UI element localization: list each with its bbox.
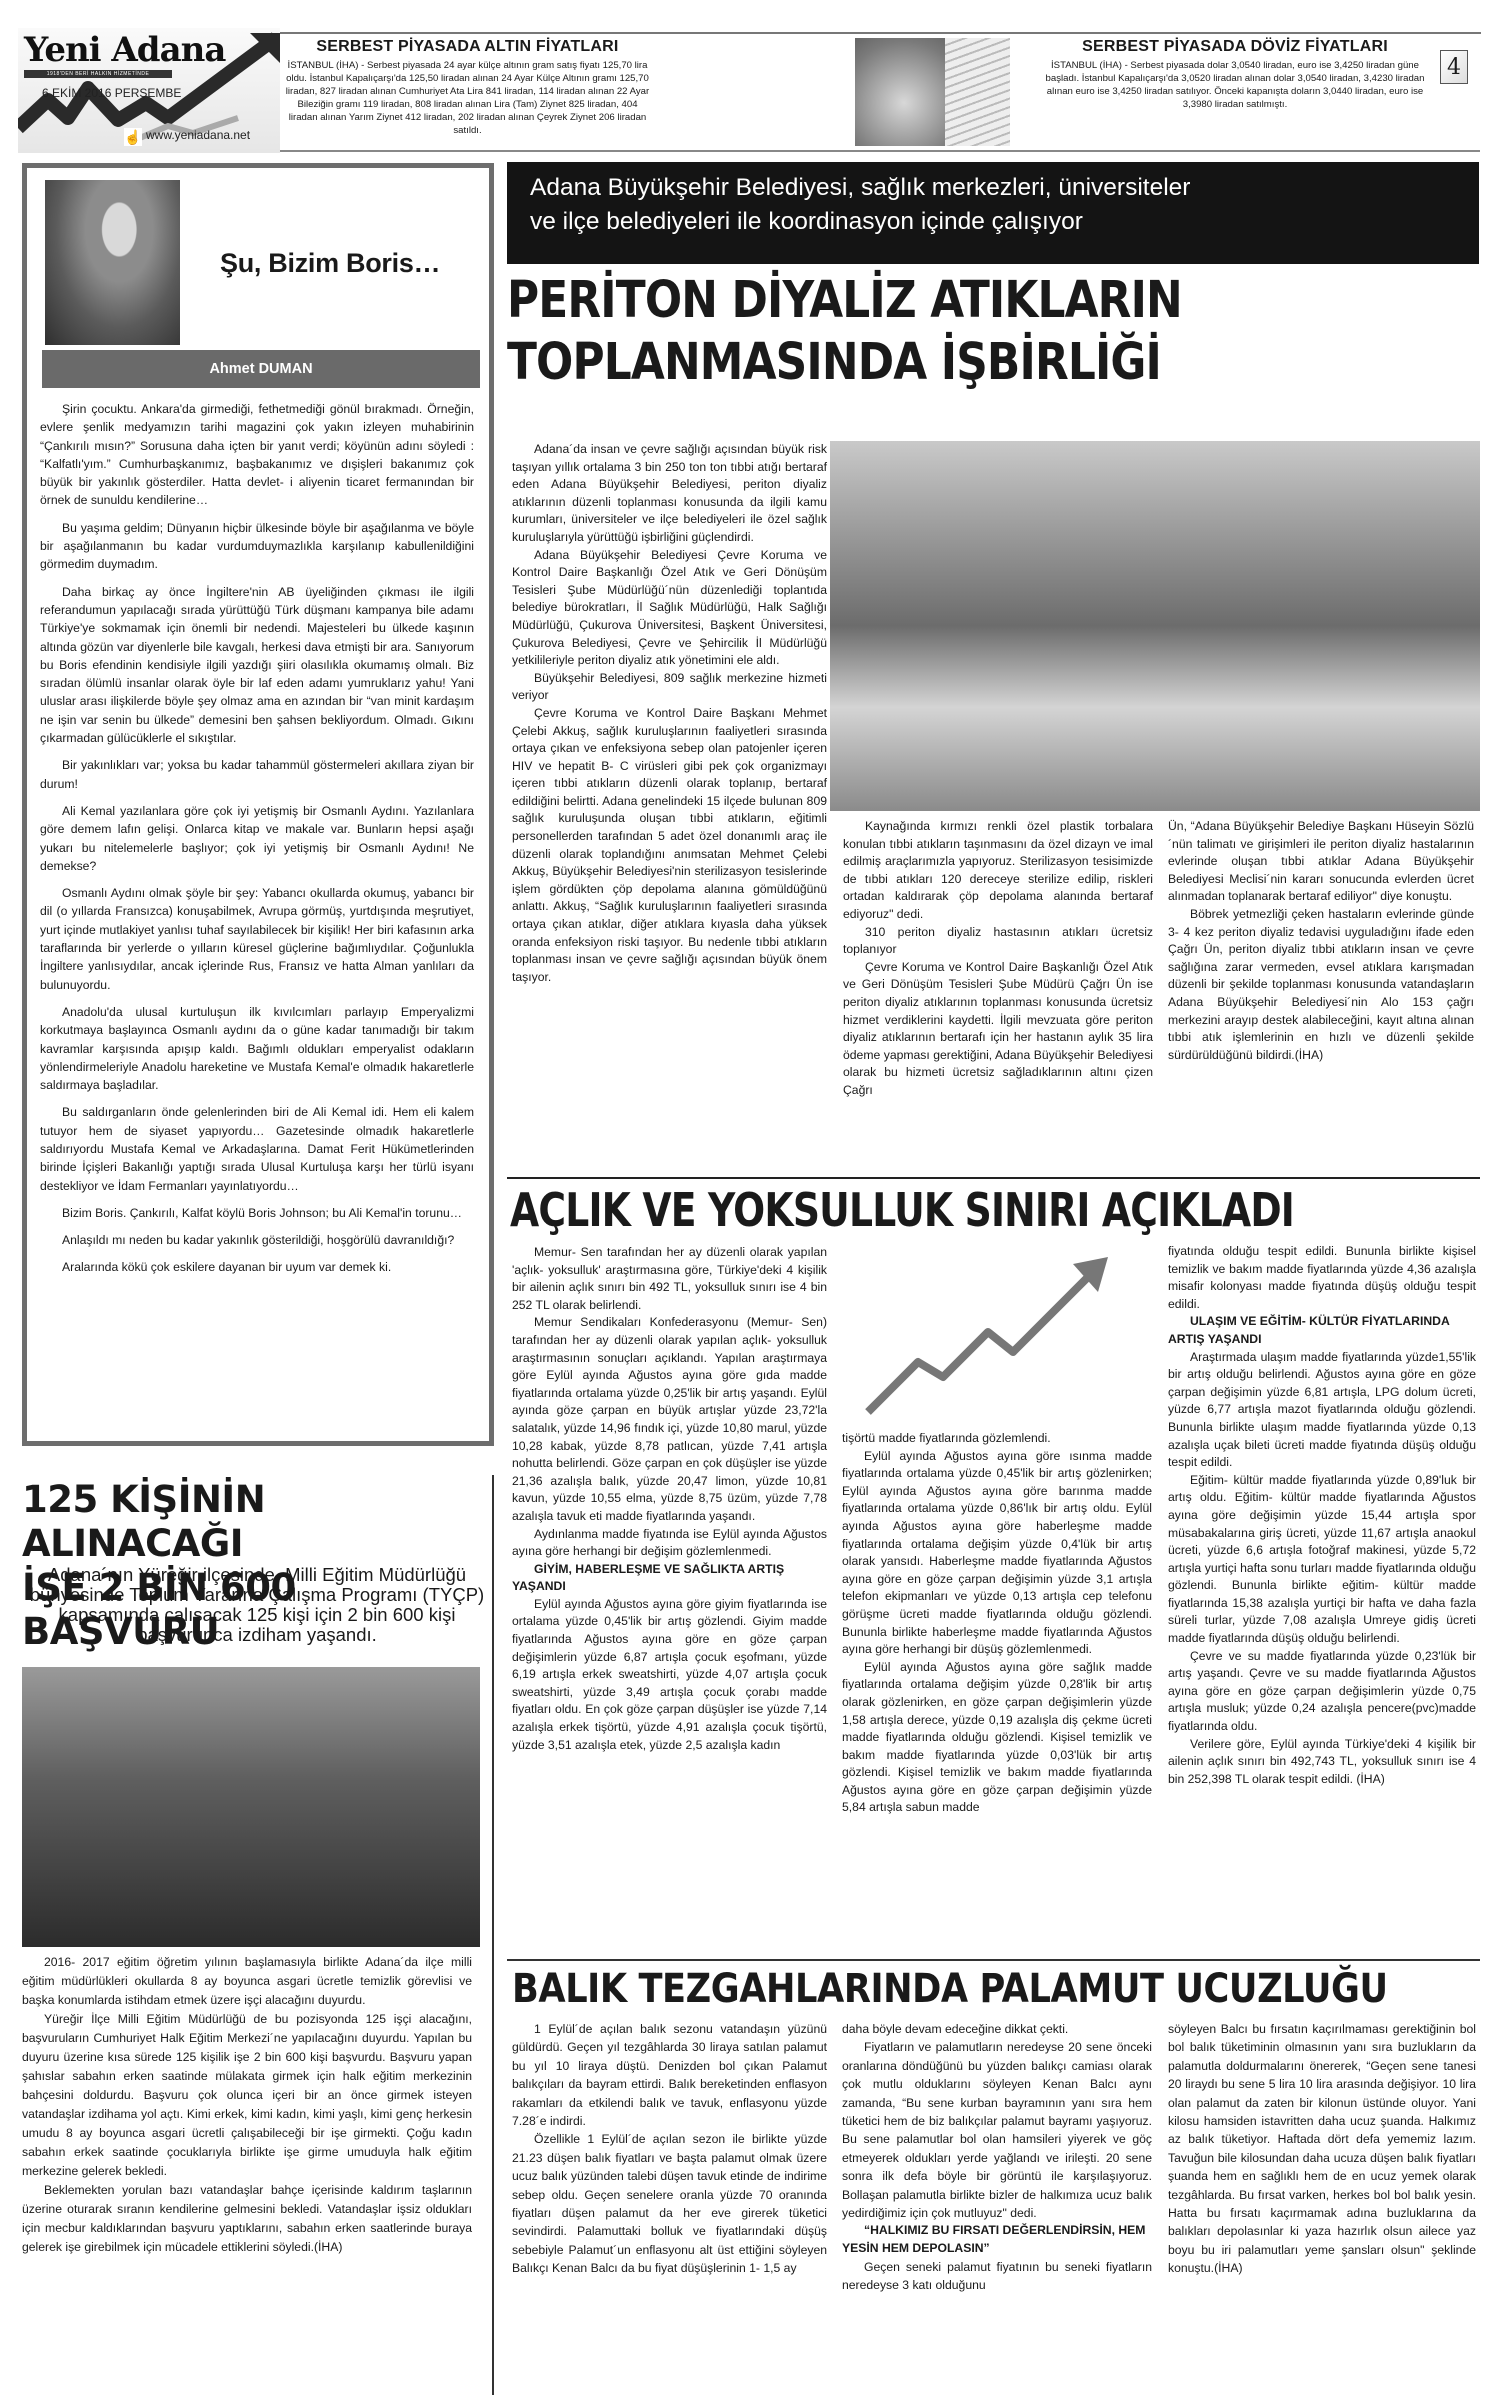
banner-line2: ve ilçe belediyeleri ile koordinasyon iç… (530, 205, 1479, 239)
poverty-paragraph: Eylül ayında Ağustos ayına göre sağlık m… (842, 1659, 1152, 1817)
poverty-paragraph: Verilere göre, Eylül ayında Türkiye'deki… (1168, 1736, 1476, 1789)
hand-pointer-icon: ☝ (124, 128, 142, 146)
poverty-paragraph: Memur Sendikaları Konfederasyonu (Memur-… (512, 1314, 827, 1525)
poverty-col2: tişörtü madde fiyatlarında gözlemlendi. … (842, 1430, 1152, 1817)
main-subheading: Büyükşehir Belediyesi, 809 sağlık merkez… (512, 670, 827, 705)
jobs-paragraph: Beklemekten yorulan bazı vatandaşlar bah… (22, 2181, 472, 2257)
column-paragraph: Bu yaşıma geldim; Dünyanın hiçbir ülkesi… (40, 519, 474, 574)
column-divider (492, 1475, 494, 2395)
main-story-col3: Ün, “Adana Büyükşehir Belediye Başkanı H… (1168, 818, 1474, 1064)
main-paragraph: Böbrek yetmezliği çeken hastaların evler… (1168, 906, 1474, 1064)
poverty-subheading: ULAŞIM VE EĞİTİM- KÜLTÜR FİYATLARINDA AR… (1168, 1313, 1476, 1348)
main-subheading: 310 periton diyaliz hastasının atıkları … (843, 924, 1153, 959)
columnist-photo (45, 180, 180, 345)
poverty-headline: AÇLIK VE YOKSULLUK SINIRI AÇIKLADI (510, 1185, 1294, 1235)
fish-col3: söyleyen Balcı bu fırsatın kaçırılmaması… (1168, 2020, 1476, 2278)
column-paragraph: Anadolu'da ulusal kurtuluşun ilk kıvılcı… (40, 1003, 474, 1094)
gold-prices-title: SERBEST PİYASADA ALTIN FİYATLARI (285, 38, 650, 56)
forex-prices-text: İSTANBUL (İHA) - Serbest piyasada dolar … (1035, 59, 1435, 111)
main-paragraph: Çevre Koruma ve Kontrol Daire Başkanlığı… (843, 959, 1153, 1100)
main-story-col2: Kaynağında kırmızı renkli özel plastik t… (843, 818, 1153, 1100)
column-paragraph: Bir yakınlıkları var; yoksa bu kadar tah… (40, 756, 474, 793)
poverty-subheading: GİYİM, HABERLEŞME VE SAĞLIKTA ARTIŞ YAŞA… (512, 1561, 827, 1596)
column-paragraph: Daha birkaç ay önce İngiltere'nin AB üye… (40, 583, 474, 748)
poverty-paragraph: Araştırmada ulaşım madde fiyatlarında yü… (1168, 1349, 1476, 1472)
gold-prices-text: İSTANBUL (İHA) - Serbest piyasada 24 aya… (285, 59, 650, 137)
column-body: Şirin çocuktu. Ankara'da girmediği, feth… (40, 400, 474, 1286)
column-author: Ahmet DUMAN (42, 350, 480, 388)
column-paragraph: Bizim Boris. Çankırılı, Kalfat köylü Bor… (40, 1204, 474, 1222)
newspaper-logo: Yeni Adana 1918'DEN BERİ HALKIN HİZMETİN… (18, 28, 280, 153)
forex-prices-box: SERBEST PİYASADA DÖVİZ FİYATLARI İSTANBU… (1035, 38, 1435, 148)
jobs-paragraph: 2016- 2017 eğitim öğretim yılının başlam… (22, 1953, 472, 2010)
fish-paragraph: daha böyle devam edeceğine dikkat çekti. (842, 2020, 1152, 2038)
column-paragraph: Ali Kemal yazılanlara göre çok iyi yetiş… (40, 802, 474, 875)
main-headline-line1: PERİTON DİYALİZ ATIKLARIN (507, 270, 1479, 332)
main-paragraph: Adana´da insan ve çevre sağlığı açısında… (512, 441, 827, 547)
gold-prices-box: SERBEST PİYASADA ALTIN FİYATLARI İSTANBU… (285, 38, 650, 148)
page-number-icon: 4 (1440, 50, 1468, 84)
forex-prices-title: SERBEST PİYASADA DÖVİZ FİYATLARI (1035, 38, 1435, 56)
fish-headline: BALIK TEZGAHLARINDA PALAMUT UCUZLUĞU (512, 1965, 1388, 2013)
poverty-paragraph: Memur- Sen tarafından her ay düzenli ola… (512, 1244, 827, 1314)
fish-subheading: “HALKIMIZ BU FIRSATI DEĞERLENDİRSİN, HEM… (842, 2222, 1152, 2257)
fish-paragraph: 1 Eylül´de açılan balık sezonu vatandaşı… (512, 2020, 827, 2130)
poverty-paragraph: Aydınlanma madde fiyatında ise Eylül ayı… (512, 1526, 827, 1561)
column-paragraph: Osmanlı Aydını olmak şöyle bir şey: Yaba… (40, 884, 474, 994)
issue-date: 6 EKİM 2016 PERŞEMBE (42, 86, 181, 100)
poverty-paragraph: Eylül ayında Ağustos ayına göre giyim fi… (512, 1596, 827, 1754)
poverty-paragraph: Eğitim- kültür madde fiyatlarında yüzde … (1168, 1472, 1476, 1648)
main-headline: PERİTON DİYALİZ ATIKLARIN TOPLANMASINDA … (507, 270, 1479, 394)
jobs-crowd-photo (22, 1667, 480, 1947)
poverty-paragraph: Eylül ayında Ağustos ayına göre ısınma m… (842, 1448, 1152, 1659)
column-title: Şu, Bizim Boris… (220, 248, 440, 279)
poverty-col1: Memur- Sen tarafından her ay düzenli ola… (512, 1244, 827, 1754)
jobs-headline-line1: 125 KİŞİNİN ALINACAĞI (22, 1478, 492, 1566)
meeting-group-photo (830, 441, 1480, 811)
main-paragraph: Çevre Koruma ve Kontrol Daire Başkanı Me… (512, 705, 827, 987)
main-paragraph: Adana Büyükşehir Belediyesi Çevre Koruma… (512, 547, 827, 670)
main-story-col1: Adana´da insan ve çevre sağlığı açısında… (512, 441, 827, 986)
fish-col2: daha böyle devam edeceğine dikkat çekti.… (842, 2020, 1152, 2294)
poverty-paragraph: Çevre ve su madde fiyatlarında yüzde 0,2… (1168, 1648, 1476, 1736)
section-divider (507, 1177, 1480, 1179)
fish-paragraph: söyleyen Balcı bu fırsatın kaçırılmaması… (1168, 2020, 1476, 2278)
banner-line1: Adana Büyükşehir Belediyesi, sağlık merk… (530, 171, 1479, 205)
fish-paragraph: Geçen seneki palamut fiyatının bu seneki… (842, 2258, 1152, 2295)
main-paragraph: Ün, “Adana Büyükşehir Belediye Başkanı H… (1168, 818, 1474, 906)
jobs-deck: Adana´nın Yüreğir ilçesinde, Milli Eğiti… (22, 1565, 492, 1645)
website-link[interactable]: www.yeniadana.net (146, 128, 250, 142)
logo-tagline: 1918'DEN BERİ HALKIN HİZMETİNDE (24, 70, 172, 78)
poverty-col3: fiyatında olduğu tespit edildi. Bununla … (1168, 1243, 1476, 1788)
column-paragraph: Şirin çocuktu. Ankara'da girmediği, feth… (40, 400, 474, 510)
fish-paragraph: Özellikle 1 Eylül´de açılan sezon ile bi… (512, 2130, 827, 2277)
main-headline-line2: TOPLANMASINDA İŞBİRLİĞİ (507, 332, 1479, 394)
jobs-body: 2016- 2017 eğitim öğretim yılının başlam… (22, 1953, 472, 2257)
fish-col1: 1 Eylül´de açılan balık sezonu vatandaşı… (512, 2020, 827, 2278)
main-story-banner: Adana Büyükşehir Belediyesi, sağlık merk… (507, 162, 1479, 264)
fish-paragraph: Fiyatların ve palamutların neredeyse 20 … (842, 2038, 1152, 2222)
column-paragraph: Aralarında kökü çok eskilere dayanan bir… (40, 1258, 474, 1276)
poverty-paragraph: fiyatında olduğu tespit edildi. Bununla … (1168, 1243, 1476, 1313)
masthead-top-rule (186, 32, 1481, 34)
poverty-paragraph: tişörtü madde fiyatlarında gözlemlendi. (842, 1430, 1152, 1448)
banknotes-image (945, 38, 1010, 146)
column-paragraph: Anlaşıldı mı neden bu kadar yakınlık gös… (40, 1231, 474, 1249)
jobs-paragraph: Yüreğir İlçe Milli Eğitim Müdürlüğü de b… (22, 2010, 472, 2181)
rising-trend-arrow-icon (858, 1252, 1148, 1420)
logo-title: Yeni Adana (24, 30, 225, 70)
main-paragraph: Kaynağında kırmızı renkli özel plastik t… (843, 818, 1153, 924)
section-divider (507, 1959, 1480, 1961)
column-paragraph: Bu saldırganların önde gelenlerinden bir… (40, 1103, 474, 1194)
